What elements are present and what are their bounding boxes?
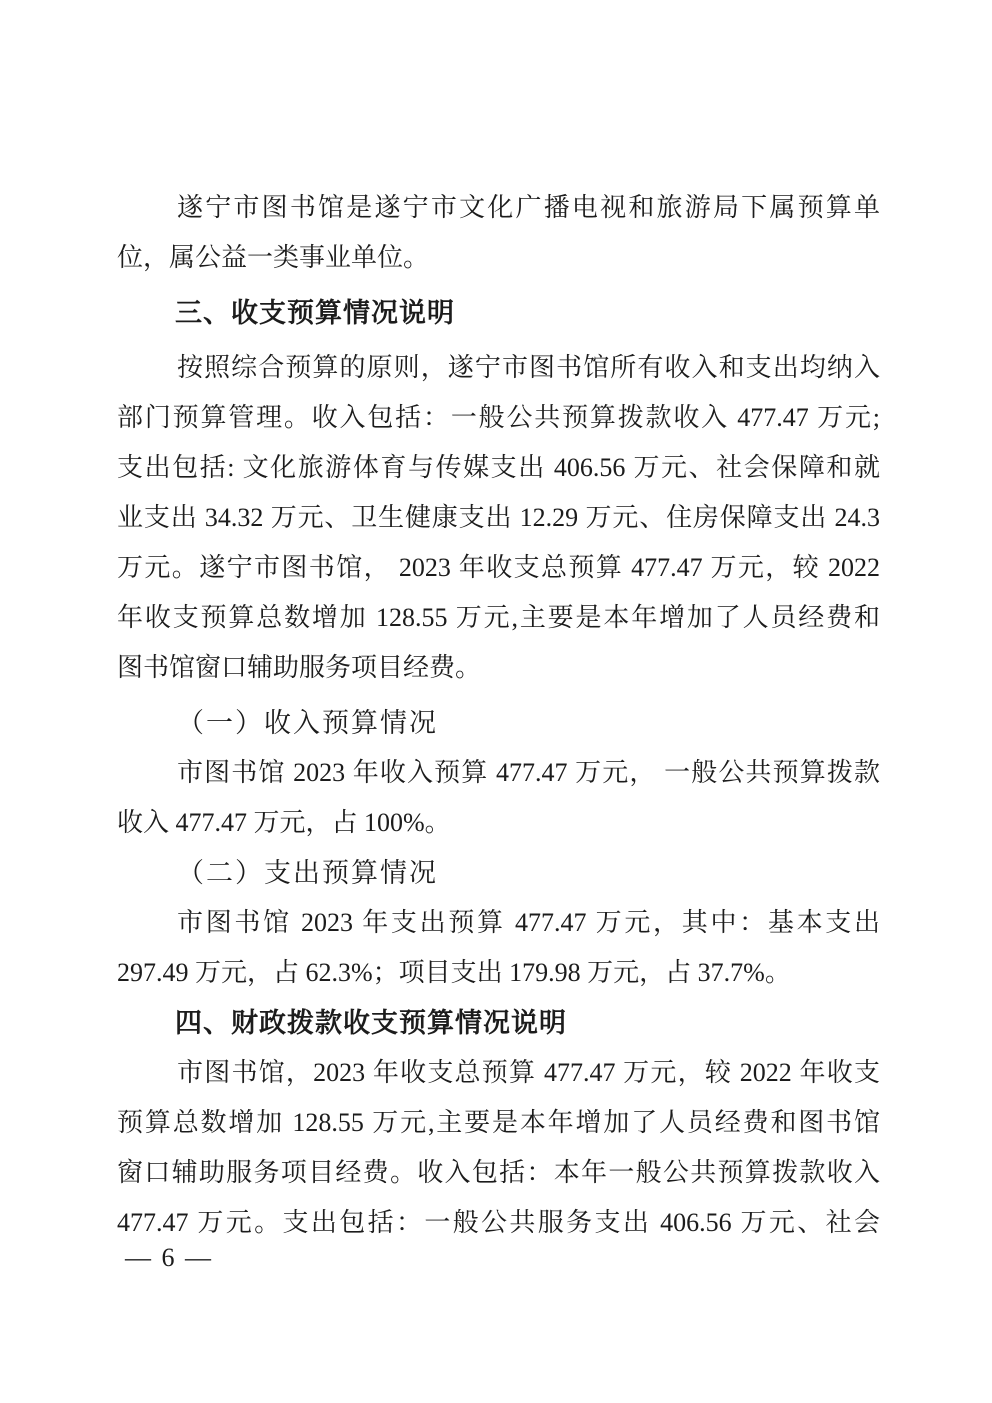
- body-line: 遂宁市图书馆是遂宁市文化广播电视和旅游局下属预算单: [117, 183, 880, 233]
- body-line: 预算总数增加 128.55 万元,主要是本年增加了人员经费和图书馆: [117, 1098, 880, 1148]
- body-line: 年收支预算总数增加 128.55 万元,主要是本年增加了人员经费和: [117, 593, 880, 643]
- body-line: 477.47 万元。支出包括：一般公共服务支出 406.56 万元、社会: [117, 1198, 880, 1248]
- body-line: 位，属公益一类事业单位。: [117, 233, 880, 283]
- body-line: 业支出 34.32 万元、卫生健康支出 12.29 万元、住房保障支出 24.3: [117, 493, 880, 543]
- body-line: 市图书馆 2023 年支出预算 477.47 万元，其中：基本支出: [117, 898, 880, 948]
- subsection-heading-2: （二）支出预算情况: [117, 848, 880, 898]
- page-number: — 6 —: [125, 1240, 213, 1276]
- body-line: 按照综合预算的原则，遂宁市图书馆所有收入和支出均纳入: [117, 343, 880, 393]
- body-line: 市图书馆，2023 年收支总预算 477.47 万元，较 2022 年收支: [117, 1048, 880, 1098]
- body-line: 收入 477.47 万元，占 100%。: [117, 798, 880, 848]
- body-line: 万元。遂宁市图书馆， 2023 年收支总预算 477.47 万元，较 2022: [117, 543, 880, 593]
- section-heading-4: 四、财政拨款收支预算情况说明: [117, 998, 880, 1048]
- subsection-heading-1: （一）收入预算情况: [117, 698, 880, 748]
- document-body: 遂宁市图书馆是遂宁市文化广播电视和旅游局下属预算单 位，属公益一类事业单位。 三…: [117, 183, 880, 1248]
- body-line: 市图书馆 2023 年收入预算 477.47 万元， 一般公共预算拨款: [117, 748, 880, 798]
- body-line: 窗口辅助服务项目经费。收入包括：本年一般公共预算拨款收入: [117, 1148, 880, 1198]
- body-line: 支出包括: 文化旅游体育与传媒支出 406.56 万元、社会保障和就: [117, 443, 880, 493]
- body-line: 部门预算管理。收入包括：一般公共预算拨款收入 477.47 万元;: [117, 393, 880, 443]
- document-page: 遂宁市图书馆是遂宁市文化广播电视和旅游局下属预算单 位，属公益一类事业单位。 三…: [0, 0, 992, 1403]
- body-line: 297.49 万元，占 62.3%；项目支出 179.98 万元，占 37.7%…: [117, 948, 880, 998]
- body-line: 图书馆窗口辅助服务项目经费。: [117, 643, 880, 693]
- section-heading-3: 三、收支预算情况说明: [117, 288, 880, 338]
